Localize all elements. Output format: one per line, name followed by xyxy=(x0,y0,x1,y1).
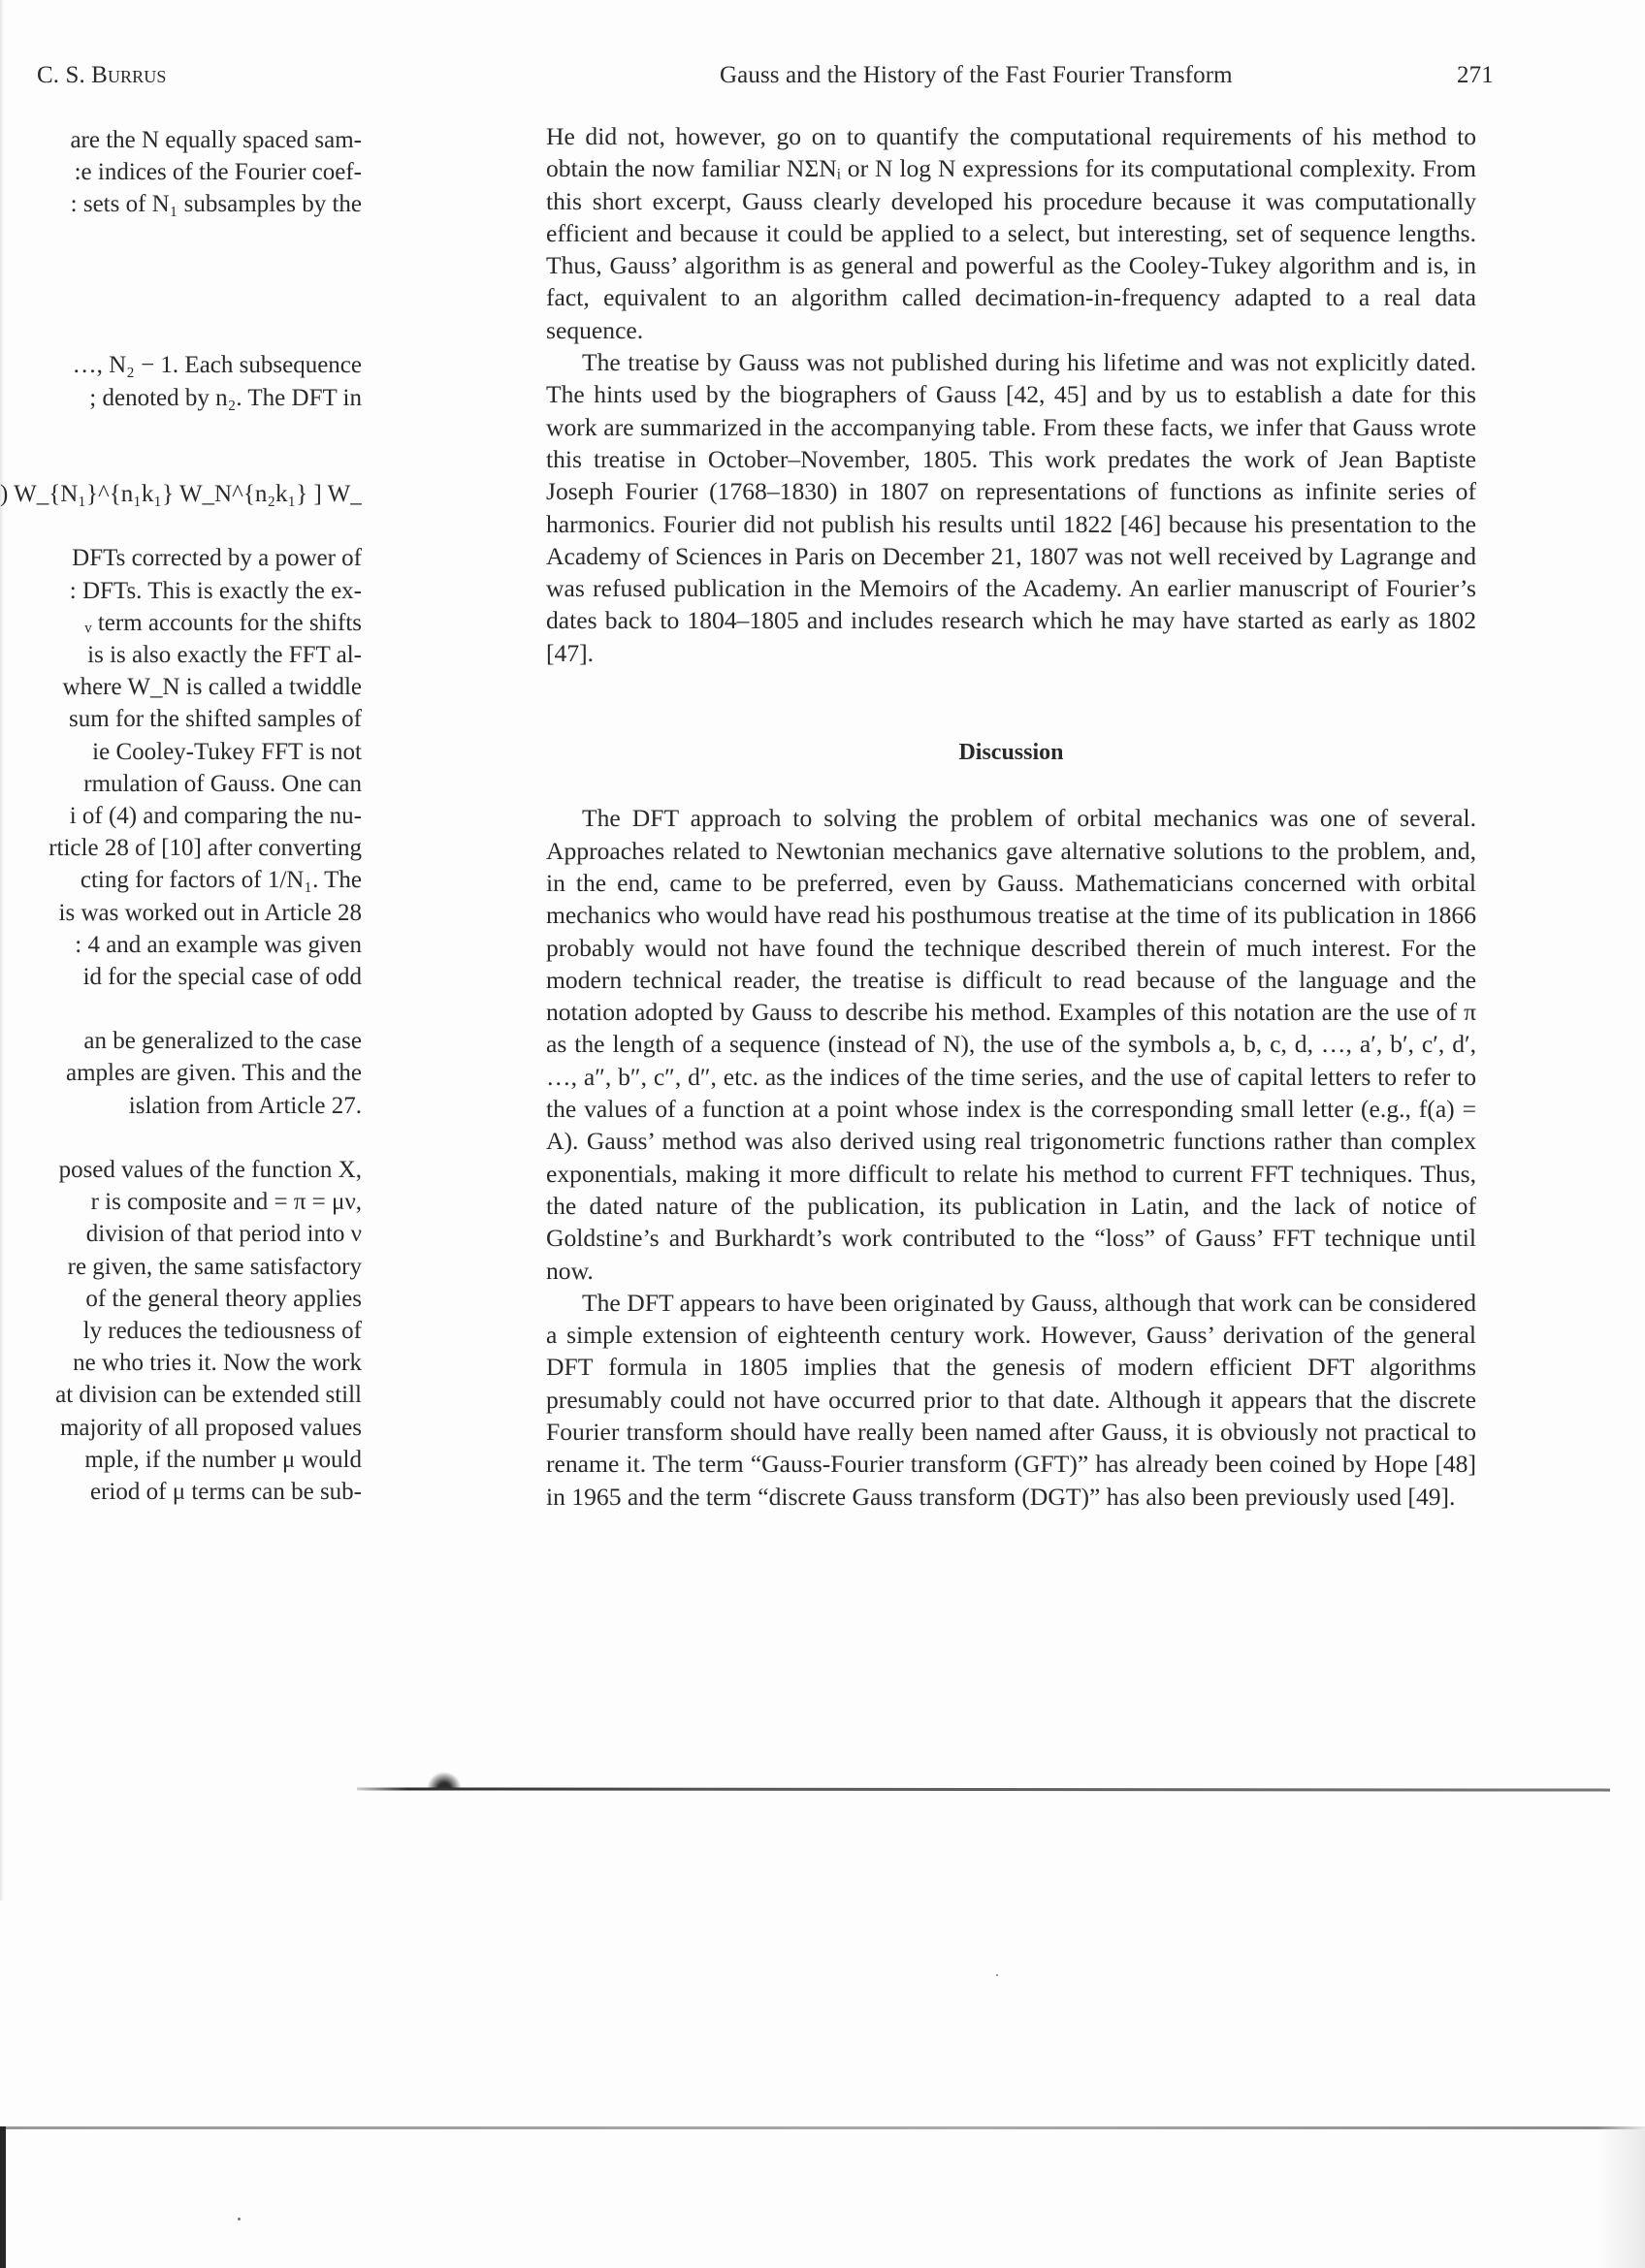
scan-page-edge xyxy=(0,2126,1645,2129)
left-column-line: at division can be extended still xyxy=(0,1379,362,1411)
left-column-line: ne who tries it. Now the work xyxy=(0,1347,362,1379)
left-column-line: …, N₂ − 1. Each subsequence xyxy=(0,349,362,381)
left-column-line: ie Cooley-Tukey FFT is not xyxy=(0,736,362,768)
left-column-line: DFTs corrected by a power of xyxy=(0,542,362,574)
scan-binding-shadow xyxy=(0,2126,6,2268)
right-column: He did not, however, go on to quantify t… xyxy=(546,120,1476,1513)
left-column-line: ᵥ term accounts for the shifts xyxy=(0,607,362,639)
scan-speck xyxy=(238,2218,241,2220)
left-column-line xyxy=(0,993,362,1025)
left-column-line: :e indices of the Fourier coef- xyxy=(0,156,362,188)
left-column-line: i of (4) and comparing the nu- xyxy=(0,800,362,832)
left-column-cropped: are the N equally spaced sam-:e indices … xyxy=(0,124,362,1508)
left-column-line: cting for factors of 1/N₁. The xyxy=(0,864,362,896)
left-column-line: of the general theory applies xyxy=(0,1283,362,1315)
left-column-line: ly reduces the tediousness of xyxy=(0,1315,362,1347)
left-column-line: re given, the same satisfactory xyxy=(0,1251,362,1283)
scan-speck xyxy=(996,1974,998,1976)
paragraph-discussion-1: The DFT approach to solving the problem … xyxy=(546,802,1476,1286)
left-column-line xyxy=(0,510,362,542)
left-column-line: ; denoted by n₂. The DFT in xyxy=(0,382,362,414)
left-column-line: ) W_{N₁}^{n₁k₁} W_N^{n₂k₁} ] W_{N₂}^{n₂k… xyxy=(0,478,362,510)
left-column-line xyxy=(0,317,362,349)
left-column-line: sum for the shifted samples of xyxy=(0,703,362,735)
rule-ink-blot xyxy=(427,1772,462,1789)
running-head-author: C. S. Burrus xyxy=(37,62,166,89)
left-column-line: rmulation of Gauss. One can xyxy=(0,768,362,800)
left-column-line xyxy=(0,221,362,253)
running-head-title: Gauss and the History of the Fast Fourie… xyxy=(720,62,1233,89)
left-column-line xyxy=(0,446,362,478)
left-column-line: id for the special case of odd xyxy=(0,961,362,993)
paragraph-complexity: He did not, however, go on to quantify t… xyxy=(546,120,1476,346)
left-column-line xyxy=(0,1122,362,1154)
left-column-line: rticle 28 of [10] after converting xyxy=(0,832,362,864)
left-column-line xyxy=(0,253,362,285)
left-column-line: amples are given. This and the xyxy=(0,1057,362,1089)
left-column-line: mple, if the number μ would xyxy=(0,1444,362,1476)
left-column-line: where W_N is called a twiddle xyxy=(0,671,362,703)
page-number: 271 xyxy=(1457,62,1494,89)
page-bottom-rule xyxy=(357,1787,1610,1791)
left-column-line: islation from Article 27. xyxy=(0,1090,362,1122)
left-column-line: are the N equally spaced sam- xyxy=(0,124,362,156)
left-column-line: is was worked out in Article 28 xyxy=(0,897,362,929)
left-column-line xyxy=(0,414,362,446)
section-heading-discussion: Discussion xyxy=(546,737,1476,769)
paragraph-discussion-2: The DFT appears to have been originated … xyxy=(546,1287,1476,1513)
left-column-line: posed values of the function X, xyxy=(0,1154,362,1186)
left-column-line: division of that period into ν xyxy=(0,1218,362,1250)
left-column-line: : DFTs. This is exactly the ex- xyxy=(0,575,362,607)
left-column-line: : sets of N₁ subsamples by the xyxy=(0,188,362,220)
paragraph-dating: The treatise by Gauss was not published … xyxy=(546,346,1476,669)
left-column-line: : 4 and an example was given xyxy=(0,929,362,961)
left-column-line: r is composite and = π = μν, xyxy=(0,1186,362,1218)
left-column-line: an be generalized to the case xyxy=(0,1025,362,1057)
left-column-line: majority of all proposed values xyxy=(0,1412,362,1444)
left-column-line: eriod of μ terms can be sub- xyxy=(0,1476,362,1508)
scan-right-shadow xyxy=(1597,2126,1645,2268)
left-column-line: is is also exactly the FFT al- xyxy=(0,639,362,671)
left-column-line xyxy=(0,285,362,317)
